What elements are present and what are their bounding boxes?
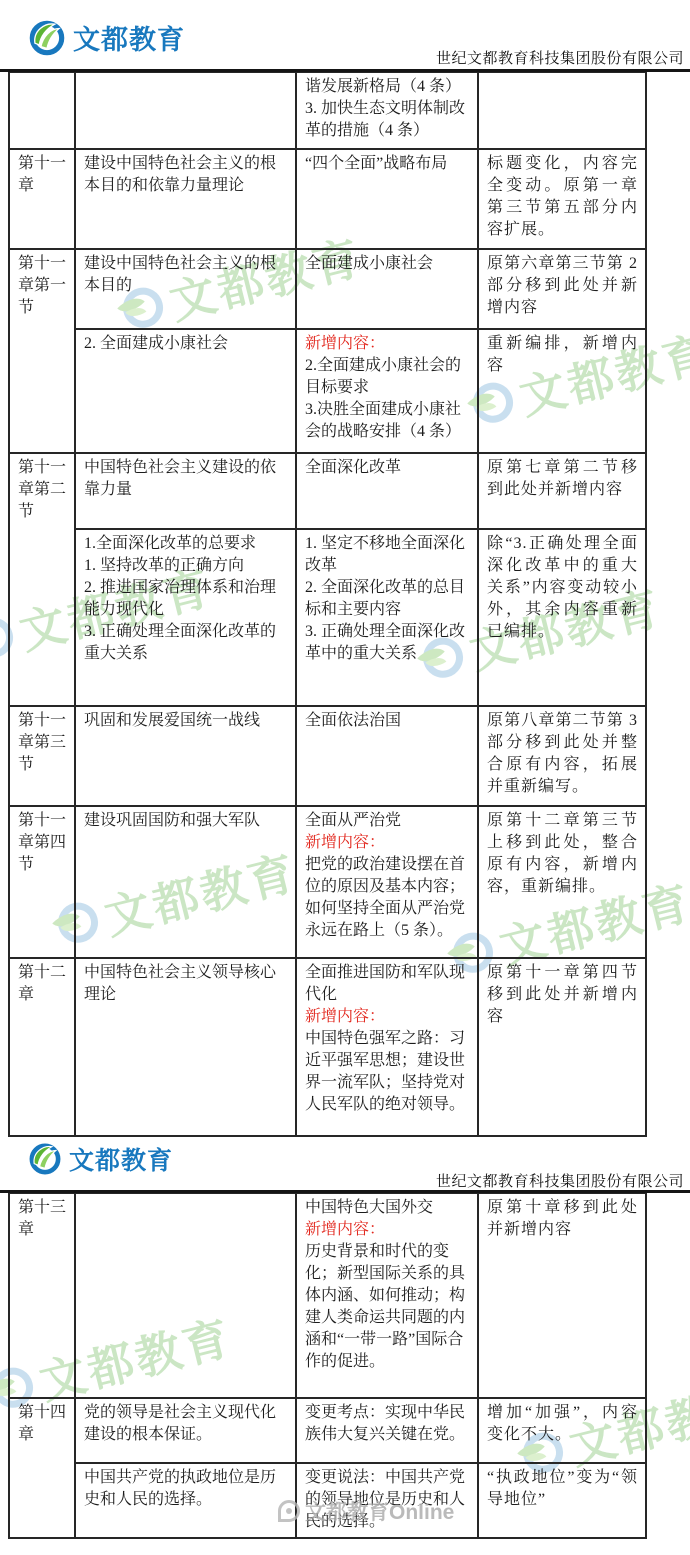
cell-new-content: 新增内容： 2.全面建成小康社会的目标要求 3.决胜全面建成小康社会的战略安排（… <box>296 329 478 453</box>
cell-chapter: 第十一章第二节 <box>9 453 75 706</box>
text-line: 全面从严治党 <box>305 810 470 832</box>
cell-old-content: 党的领导是社会主义现代化建设的根本保证。 <box>75 1398 296 1463</box>
cell-chapter: 第十一章第三节 <box>9 706 75 806</box>
document-page: { "header": { "logo_text": "文都教育", "comp… <box>0 0 690 1555</box>
text-line: 2. 全面深化改革的总目标和主要内容 <box>305 577 470 621</box>
cell-old-content: 巩固和发展爱国统一战线 <box>75 706 296 806</box>
company-name: 世纪文都教育科技集团股份有限公司 <box>436 47 684 68</box>
wendu-logo-icon <box>28 1142 62 1176</box>
new-content-label: 新增内容： <box>305 1219 470 1241</box>
cell-change-note: 原第十一章第四节移到此处并新增内容 <box>478 958 646 1136</box>
cell-change-note: 原第八章第二节第 3 部分移到此处并整合原有内容，拓展并重新编写。 <box>478 706 646 806</box>
cell-chapter <box>9 72 75 149</box>
brand-logo-text: 文都教育 <box>69 1141 173 1177</box>
text-line: 2.全面建成小康社会的目标要求 <box>305 355 470 399</box>
cell-chapter: 第十三章 <box>9 1193 75 1398</box>
text-line: 历史背景和时代的变化；新型国际关系的具体内涵、如何推动；构建人类命运共同题的内涵… <box>305 1241 470 1373</box>
weibo-watermark: 文都教育Online <box>278 1496 454 1526</box>
brand-logo-text: 文都教育 <box>73 18 185 57</box>
text-line: 中国特色大国外交 <box>305 1197 470 1219</box>
table-row-ch13: 第十三章 中国特色大国外交 新增内容： 历史背景和时代的变化；新型国际关系的具体… <box>9 1193 646 1398</box>
cell-new-content: 谐发展新格局（4 条） 3. 加快生态文明体制改革的措施（4 条） <box>296 72 478 149</box>
cell-new-content: 1. 坚定不移地全面深化改革 2. 全面深化改革的总目标和主要内容 3. 正确处… <box>296 529 478 706</box>
text-line: 中国特色强军之路：习近平强军思想；建设世界一流军队；坚持党对人民军队的绝对领导。 <box>305 1028 470 1116</box>
text-line: 全面推进国防和军队现代化 <box>305 962 470 1006</box>
table-row-ch14: 第十四章 党的领导是社会主义现代化建设的根本保证。 变更考点：实现中华民族伟大复… <box>9 1398 646 1463</box>
cell-change-note: 增加“加强”，内容变化不大。 <box>478 1398 646 1463</box>
cell-old-content <box>75 72 296 149</box>
cell-old-content: 2. 全面建成小康社会 <box>75 329 296 453</box>
company-name: 世纪文都教育科技集团股份有限公司 <box>436 1170 684 1191</box>
cell-old-content: 1.全面深化改革的总要求 1. 坚持改革的正确方向 2. 推进国家治理体系和治理… <box>75 529 296 706</box>
cell-chapter: 第十一章第四节 <box>9 806 75 958</box>
cell-change-note: “执政地位”变为“领导地位” <box>478 1463 646 1538</box>
cell-new-content: “四个全面”战略布局 <box>296 149 478 249</box>
text-line: 3. 正确处理全面深化改革的重大关系 <box>84 621 288 665</box>
cell-new-content: 全面建成小康社会 <box>296 249 478 329</box>
table-row-ch12: 第十二章 中国特色社会主义领导核心理论 全面推进国防和军队现代化 新增内容： 中… <box>9 958 646 1136</box>
new-content-label: 新增内容： <box>305 333 470 355</box>
header-rule <box>0 69 690 72</box>
cell-new-content: 中国特色大国外交 新增内容： 历史背景和时代的变化；新型国际关系的具体内涵、如何… <box>296 1193 478 1398</box>
cell-change-note <box>478 72 646 149</box>
table-row-ch11-s4: 第十一章第四节 建设巩固国防和强大军队 全面从严治党 新增内容： 把党的政治建设… <box>9 806 646 958</box>
cell-old-content <box>75 1193 296 1398</box>
text-line: 2. 推进国家治理体系和治理能力现代化 <box>84 577 288 621</box>
comparison-table-page2: 第十三章 中国特色大国外交 新增内容： 历史背景和时代的变化；新型国际关系的具体… <box>8 1192 647 1539</box>
comparison-table-page1: 谐发展新格局（4 条） 3. 加快生态文明体制改革的措施（4 条） 第十一章 建… <box>8 71 647 1137</box>
table-row-continuation: 谐发展新格局（4 条） 3. 加快生态文明体制改革的措施（4 条） <box>9 72 646 149</box>
text-line: 1. 坚定不移地全面深化改革 <box>305 533 470 577</box>
cell-change-note: 除“3.正确处理全面深化改革中的重大关系”内容变动较小外，其余内容重新已编排。 <box>478 529 646 706</box>
cell-new-content: 全面深化改革 <box>296 453 478 529</box>
cell-chapter: 第十一章 <box>9 149 75 249</box>
cell-new-content: 全面推进国防和军队现代化 新增内容： 中国特色强军之路：习近平强军思想；建设世界… <box>296 958 478 1136</box>
brand-logo: 文都教育 <box>28 1141 173 1177</box>
text-line: 3. 正确处理全面深化改革中的重大关系 <box>305 621 470 665</box>
brand-logo: 文都教育 <box>28 18 185 57</box>
cell-old-content: 建设中国特色社会主义的根本目的和依靠力量理论 <box>75 149 296 249</box>
page1-header: 文都教育 世纪文都教育科技集团股份有限公司 <box>0 18 690 70</box>
cell-change-note: 原第六章第三节第 2 部分移到此处并新增内容 <box>478 249 646 329</box>
cell-old-content: 中国特色社会主义建设的依靠力量 <box>75 453 296 529</box>
table-row-ch11-s3: 第十一章第三节 巩固和发展爱国统一战线 全面依法治国 原第八章第二节第 3 部分… <box>9 706 646 806</box>
text-line: 1. 坚持改革的正确方向 <box>84 555 288 577</box>
page2-header: 文都教育 世纪文都教育科技集团股份有限公司 <box>0 1141 690 1193</box>
cell-change-note: 原第十章移到此处并新增内容 <box>478 1193 646 1398</box>
cell-old-content: 中国共产党的执政地位是历史和人民的选择。 <box>75 1463 296 1538</box>
cell-new-content: 全面从严治党 新增内容： 把党的政治建设摆在首位的原因及基本内容；如何坚持全面从… <box>296 806 478 958</box>
table-row-ch11-s1: 第十一章第一节 建设中国特色社会主义的根本目的 全面建成小康社会 原第六章第三节… <box>9 249 646 329</box>
new-content-label: 新增内容： <box>305 832 470 854</box>
text-line: 3.决胜全面建成小康社会的战略安排（4 条） <box>305 399 470 443</box>
cell-change-note: 重新编排，新增内容 <box>478 329 646 453</box>
text-line: 3. 加快生态文明体制改革的措施（4 条） <box>305 98 470 142</box>
header-rule <box>0 1190 690 1193</box>
weibo-watermark-text: 文都教育Online <box>305 1496 454 1526</box>
cell-chapter: 第十四章 <box>9 1398 75 1538</box>
text-line: 谐发展新格局（4 条） <box>305 76 470 98</box>
cell-new-content: 变更考点：实现中华民族伟大复兴关键在党。 <box>296 1398 478 1463</box>
cell-new-content: 全面依法治国 <box>296 706 478 806</box>
cell-change-note: 原第十二章第三节上移到此处，整合原有内容，新增内容，重新编排。 <box>478 806 646 958</box>
weibo-eye-icon <box>278 1500 300 1522</box>
cell-chapter: 第十一章第一节 <box>9 249 75 453</box>
cell-change-note: 原第七章第二节移到此处并新增内容 <box>478 453 646 529</box>
cell-chapter: 第十二章 <box>9 958 75 1136</box>
cell-old-content: 中国特色社会主义领导核心理论 <box>75 958 296 1136</box>
table-row-ch11-s1-sub: 2. 全面建成小康社会 新增内容： 2.全面建成小康社会的目标要求 3.决胜全面… <box>9 329 646 453</box>
wendu-logo-icon <box>28 19 66 57</box>
cell-change-note: 标题变化，内容完全变动。原第一章第三节第五部分内容扩展。 <box>478 149 646 249</box>
table-row-ch11-s2-sub: 1.全面深化改革的总要求 1. 坚持改革的正确方向 2. 推进国家治理体系和治理… <box>9 529 646 706</box>
table-row-ch11-s2: 第十一章第二节 中国特色社会主义建设的依靠力量 全面深化改革 原第七章第二节移到… <box>9 453 646 529</box>
cell-old-content: 建设巩固国防和强大军队 <box>75 806 296 958</box>
text-line: 1.全面深化改革的总要求 <box>84 533 288 555</box>
cell-old-content: 建设中国特色社会主义的根本目的 <box>75 249 296 329</box>
text-line: 把党的政治建设摆在首位的原因及基本内容；如何坚持全面从严治党永远在路上（5 条）… <box>305 854 470 942</box>
table-row-ch11: 第十一章 建设中国特色社会主义的根本目的和依靠力量理论 “四个全面”战略布局 标… <box>9 149 646 249</box>
new-content-label: 新增内容： <box>305 1006 470 1028</box>
